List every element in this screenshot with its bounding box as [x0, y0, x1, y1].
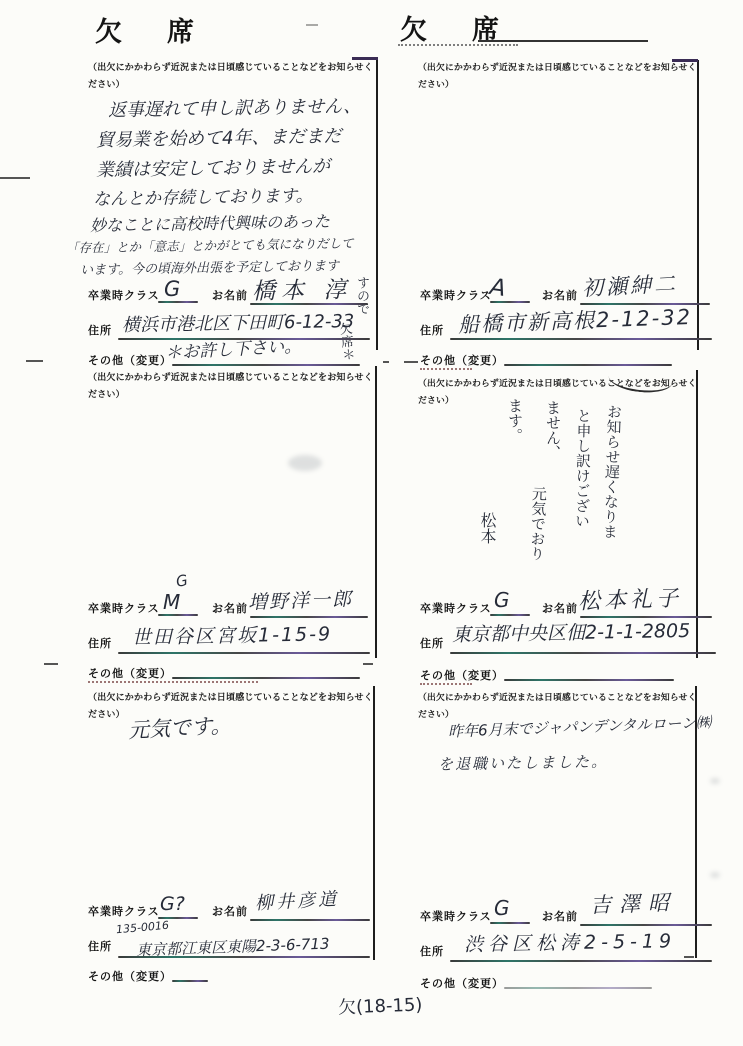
name-label: お名前	[542, 908, 578, 924]
margin-dash	[26, 360, 43, 362]
margin-dash	[363, 663, 373, 665]
address-underline	[118, 652, 370, 654]
other-label: その他（変更）	[420, 667, 504, 683]
class-underline	[158, 301, 198, 303]
message-line: を退職いたしました。	[438, 751, 608, 775]
column-separator-segment	[373, 686, 375, 960]
name-label: お名前	[542, 287, 578, 303]
scanned-absence-form-page: 欠 席 欠 席 （出欠にかかわらず近況または日頃感じていることなどをお知らせく …	[0, 0, 743, 1046]
address-label: 住所	[420, 322, 444, 338]
other-value: ＊お許し下さい。	[164, 331, 301, 363]
instruction-text: （出欠にかかわらず近況または日頃感じていることなどをお知らせく	[418, 690, 697, 703]
margin-dash	[44, 663, 58, 665]
class-value: G	[164, 277, 180, 301]
message-vertical-line: ます。	[505, 398, 526, 468]
name-label: お名前	[212, 903, 248, 919]
other-underline	[504, 679, 674, 681]
instruction-text: ださい）	[88, 707, 125, 720]
column-separator-segment	[696, 370, 698, 658]
name-label: お名前	[212, 600, 248, 616]
name-underline	[250, 919, 370, 921]
message-line: 貿易業を始めて4年、まだまだ	[96, 122, 342, 152]
class-underline	[490, 301, 530, 303]
other-label: その他（変更）	[420, 352, 504, 368]
class-label: 卒業時クラス	[420, 287, 492, 303]
instruction-text: （出欠にかかわらず近況または日頃感じていることなどをお知らせく	[418, 60, 697, 73]
margin-dash	[383, 361, 389, 363]
margin-dash	[0, 177, 30, 179]
class-underline	[158, 614, 198, 616]
instruction-text: ださい）	[418, 77, 454, 90]
margin-dash	[404, 361, 418, 363]
other-label: その他（変更）	[420, 975, 504, 991]
message-vertical-line: 元気でおり	[525, 486, 551, 617]
message-line: 返事遅れて申し訳ありません、	[108, 92, 362, 122]
page-footer-note: 欠(18-15)	[338, 991, 423, 1020]
name-value: 橋本 淳	[252, 271, 353, 306]
message-line: 元気です。	[127, 709, 232, 744]
header-underline	[478, 40, 648, 42]
class-label: 卒業時クラス	[420, 600, 492, 616]
class-underline	[490, 614, 530, 616]
address-value: 世田谷区宮坂1-15-9	[132, 619, 333, 649]
other-dotted-line	[88, 681, 258, 683]
address-underline	[450, 652, 716, 654]
header-dotted-underline	[398, 44, 518, 46]
name-value: 吉澤昭	[590, 886, 678, 919]
other-underline	[172, 364, 360, 366]
address-value: 渋谷区松涛2-5-19	[464, 926, 677, 957]
address-value: 横浜市港北区下田町6-12-33	[122, 307, 355, 337]
message-line: 昨年6月末でジャパンデンタルローン㈱	[448, 711, 712, 741]
class-correction: G	[175, 571, 190, 591]
name-value: 柳井彦道	[254, 885, 339, 915]
message-line: なんとか存続しております。	[93, 181, 313, 210]
name-underline	[250, 616, 368, 618]
other-underline	[504, 987, 652, 989]
instruction-text: （出欠にかかわらず近況または日頃感じていることなどをお知らせく	[88, 60, 373, 73]
class-value: G	[494, 896, 510, 920]
absence-header-left: 欠 席	[95, 10, 203, 49]
column-separator-segment	[376, 58, 378, 350]
column-separator-segment	[375, 366, 377, 658]
other-label: その他（変更）	[88, 352, 172, 368]
other-underline	[172, 677, 360, 679]
message-vertical-line: お知らせ遅くなりま	[598, 404, 626, 595]
class-value: M	[163, 590, 180, 614]
signature: 松本	[476, 512, 499, 572]
class-underline	[490, 922, 530, 924]
instruction-text: ださい）	[88, 387, 125, 400]
class-value: A	[488, 274, 507, 302]
scan-mark	[306, 24, 318, 26]
address-label: 住所	[88, 635, 112, 651]
scan-smudge	[288, 455, 322, 471]
name-value: 松本礼子	[577, 581, 682, 616]
other-dotted-line	[420, 368, 472, 370]
class-label: 卒業時クラス	[88, 287, 160, 303]
address-label: 住所	[88, 322, 112, 338]
message-line: 「存在」とか「意志」とかがとても気になりだして	[66, 233, 354, 256]
instruction-text: ださい）	[88, 77, 125, 90]
instruction-text: （出欠にかかわらず近況または日頃感じていることなどをお知らせく	[88, 370, 373, 383]
class-value: G?	[160, 893, 185, 915]
name-value: 増野洋一郎	[248, 584, 354, 615]
address-value: 船橋市新高根2-12-32	[458, 301, 693, 339]
address-value: 東京都中央区佃2-1-1-2805	[452, 616, 691, 647]
other-label: その他（変更）	[88, 968, 172, 984]
other-underline	[504, 364, 672, 366]
message-line: 業績は安定しておりませんが	[96, 152, 330, 182]
class-label: 卒業時クラス	[88, 903, 160, 919]
instruction-text: ださい）	[418, 707, 454, 720]
name-label: お名前	[542, 600, 578, 616]
address-label: 住所	[420, 943, 444, 959]
postal-code: 135-0016	[116, 919, 170, 937]
class-value: G	[494, 588, 510, 612]
address-label: 住所	[420, 635, 444, 651]
message-vertical-line: ません、	[543, 400, 564, 475]
column-separator-segment	[697, 60, 699, 350]
name-label: お名前	[212, 287, 248, 303]
address-underline	[450, 960, 712, 962]
name-value: 初瀬紳二	[581, 268, 678, 303]
class-label: 卒業時クラス	[88, 600, 160, 616]
instruction-text: （出欠にかかわらず近況または日頃感じていることなどをお知らせく	[88, 690, 373, 703]
margin-dash	[684, 956, 694, 958]
scan-smudge	[710, 778, 720, 784]
other-label: その他（変更）	[88, 665, 172, 681]
instruction-text: ださい）	[418, 393, 454, 406]
other-dotted-line	[420, 683, 472, 685]
class-label: 卒業時クラス	[420, 908, 492, 924]
address-label: 住所	[88, 938, 112, 954]
scan-smudge	[710, 872, 720, 878]
message-line: 妙なことに高校時代興味のあった	[90, 209, 330, 236]
other-underline	[172, 980, 208, 982]
address-underline	[450, 338, 712, 340]
